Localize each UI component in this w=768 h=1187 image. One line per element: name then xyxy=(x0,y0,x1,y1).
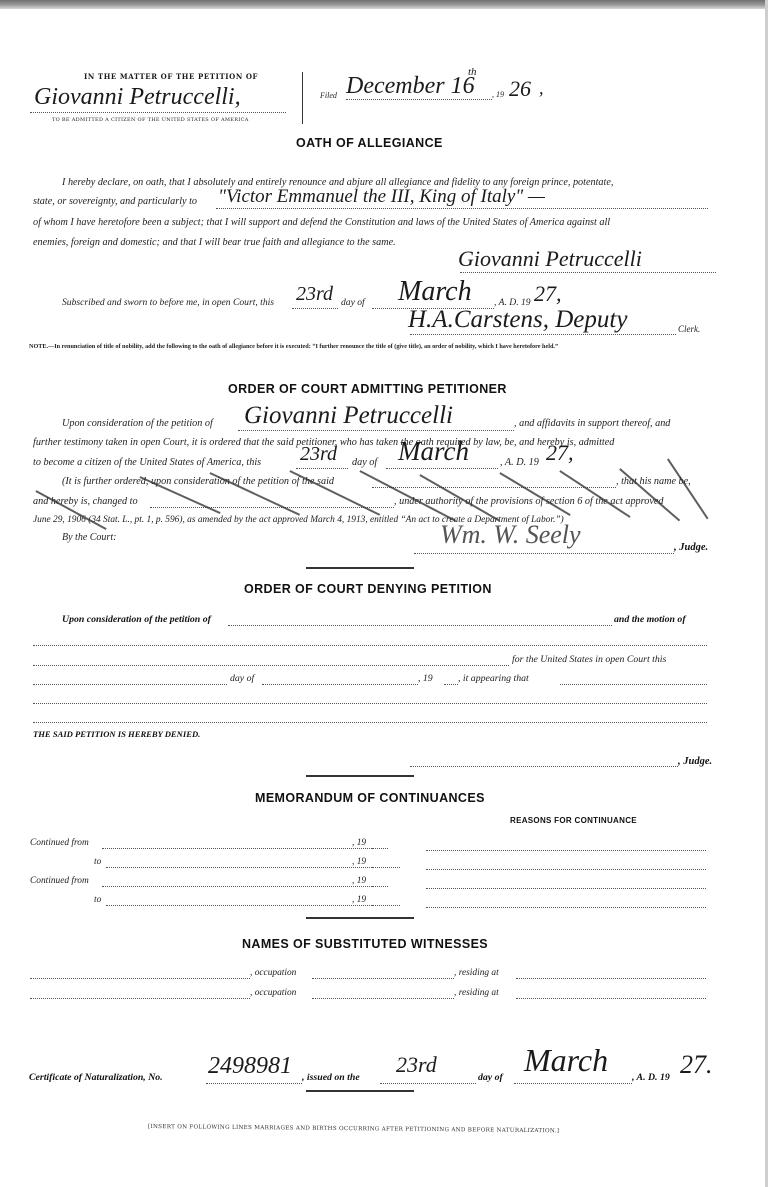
scan-edge-top xyxy=(0,0,768,9)
denying-l1-suffix: and the motion of xyxy=(614,614,686,625)
sworn-month: March xyxy=(398,276,472,308)
denying-l3-suffix: for the United States in open Court this xyxy=(512,654,666,665)
continuance-label: to xyxy=(94,895,101,905)
sworn-year: 27, xyxy=(534,281,562,307)
occupation-label: , occupation xyxy=(250,968,296,978)
certificate-prefix: Certificate of Naturalization, No. xyxy=(29,1072,163,1083)
cancellation-stroke xyxy=(290,470,381,515)
denying-year-prefix: , 19 xyxy=(418,673,433,684)
continuance-year: , 19 xyxy=(352,895,366,905)
certificate-ad: , A. D. 19 xyxy=(632,1072,670,1083)
continuance-date-line xyxy=(102,886,378,887)
nobility-note: NOTE.—In renunciation of title of nobili… xyxy=(29,343,558,350)
filed-year-prefix: , 19 xyxy=(492,90,504,99)
sovereign-line xyxy=(216,208,708,209)
denying-month-line xyxy=(262,684,418,685)
continuance-year-line xyxy=(372,905,388,906)
filed-date: December 16 xyxy=(346,73,475,100)
denying-dayof: day of xyxy=(230,673,254,684)
admitting-l4-prefix: (It is further ordered, upon considerati… xyxy=(62,476,334,487)
continuance-year: , 19 xyxy=(352,876,366,886)
filed-trail: , xyxy=(539,78,544,99)
sworn-dayof: day of xyxy=(341,297,365,308)
reason-line xyxy=(426,888,706,889)
denying-day-line xyxy=(33,684,227,685)
certificate-day-line xyxy=(380,1083,476,1084)
certificate-dayof: day of xyxy=(478,1072,503,1083)
certificate-day: 23rd xyxy=(396,1052,437,1078)
admitting-ad: , A. D. 19 xyxy=(500,457,539,468)
section-rule xyxy=(306,775,414,777)
header-divider xyxy=(302,72,303,124)
petitioner-name-line xyxy=(30,112,286,113)
by-the-court: By the Court: xyxy=(62,532,116,543)
occupation-line xyxy=(312,998,454,999)
matter-label: IN THE MATTER OF THE PETITION OF xyxy=(84,72,258,81)
continuance-label: Continued from xyxy=(30,838,89,848)
continuance-year: , 19 xyxy=(352,857,366,867)
admitting-l1-suffix: , and affidavits in support thereof, and xyxy=(514,418,670,429)
residence-line xyxy=(516,978,706,979)
denying-l1-prefix: Upon consideration of the petition of xyxy=(62,614,211,625)
admitting-petitioner-name: Giovanni Petruccelli xyxy=(244,402,453,430)
oath-line-4: enemies, foreign and domestic; and that … xyxy=(33,237,396,248)
petitioner-name: Giovanni Petruccelli, xyxy=(34,84,241,111)
denying-petitioner-line xyxy=(228,625,612,626)
denying-reason-line-2 xyxy=(33,703,707,704)
admitting-l5-suffix: , under authority of the provisions of s… xyxy=(394,496,663,507)
certificate-year: 27. xyxy=(680,1050,713,1080)
continuance-year-line xyxy=(372,886,388,887)
sworn-prefix: Subscribed and sworn to before me, in op… xyxy=(62,297,274,308)
continuance-date-line xyxy=(102,848,378,849)
admitting-judge-line xyxy=(414,553,674,554)
filed-date-line xyxy=(346,99,492,100)
certificate-month: March xyxy=(524,1042,608,1079)
continuance-year-line xyxy=(372,848,388,849)
denying-title: ORDER OF COURT DENYING PETITION xyxy=(244,582,492,596)
sworn-day: 23rd xyxy=(296,283,333,306)
changed-name-line xyxy=(150,507,394,508)
cancellation-stroke xyxy=(667,458,708,519)
denying-judge-line xyxy=(410,766,678,767)
continuances-title: MEMORANDUM OF CONTINUANCES xyxy=(255,791,485,805)
admitting-day: 23rd xyxy=(300,443,337,466)
insert-note: [INSERT ON FOLLOWING LINES MARRIAGES AND… xyxy=(148,1124,559,1134)
oath-line-3: of whom I have heretofore been a subject… xyxy=(33,217,610,228)
certificate-month-line xyxy=(514,1083,632,1084)
reason-line xyxy=(426,907,706,908)
admitting-title: ORDER OF COURT ADMITTING PETITIONER xyxy=(228,382,507,396)
witness-name-line xyxy=(30,998,250,999)
cancellation-stroke xyxy=(500,472,571,515)
sworn-day-line xyxy=(292,308,338,309)
admit-label: TO BE ADMITTED A CITIZEN OF THE UNITED S… xyxy=(52,117,249,123)
clerk-signature: H.A.Carstens, Deputy xyxy=(408,306,627,334)
signature-line xyxy=(460,272,716,273)
oath-title: OATH OF ALLEGIANCE xyxy=(296,136,443,150)
continuance-year-line xyxy=(372,867,388,868)
certificate-issued: , issued on the xyxy=(302,1072,360,1083)
section-rule xyxy=(306,917,414,919)
residing-label: , residing at xyxy=(454,988,499,998)
denying-reason-line-3 xyxy=(33,722,707,723)
occupation-label: , occupation xyxy=(250,988,296,998)
continuance-label: to xyxy=(94,857,101,867)
judge-signature: Wm. W. Seely xyxy=(440,520,581,550)
filed-date-suffix: th xyxy=(468,66,477,78)
continuance-label: Continued from xyxy=(30,876,89,886)
admitting-month: March xyxy=(398,436,469,467)
oath-line-2-prefix: state, or sovereignty, and particularly … xyxy=(33,196,197,207)
petition-denied-text: THE SAID PETITION IS HEREBY DENIED. xyxy=(33,729,200,739)
continuance-year: , 19 xyxy=(352,838,366,848)
denying-reason-line-1 xyxy=(560,684,707,685)
denying-judge-label: , Judge. xyxy=(678,756,712,767)
reason-line xyxy=(426,869,706,870)
continuance-date-line xyxy=(106,867,400,868)
admitting-year: 27, xyxy=(546,440,574,466)
residing-label: , residing at xyxy=(454,968,499,978)
filed-label: Filed xyxy=(320,91,337,100)
denying-appearing: , it appearing that xyxy=(458,673,529,684)
witnesses-title: NAMES OF SUBSTITUTED WITNESSES xyxy=(242,937,488,951)
section-rule xyxy=(306,1090,414,1092)
witness-name-line xyxy=(30,978,250,979)
continuance-date-line xyxy=(106,905,400,906)
clerk-label: Clerk. xyxy=(678,324,700,334)
residence-line xyxy=(516,998,706,999)
name-change-petition-line xyxy=(372,487,616,488)
denying-year-line xyxy=(444,684,458,685)
occupation-line xyxy=(312,978,454,979)
denying-motion-line xyxy=(33,645,707,646)
denying-attorney-line xyxy=(33,665,509,666)
petitioner-signature: Giovanni Petruccelli xyxy=(458,246,642,272)
admitting-dayof: day of xyxy=(352,457,377,468)
section-rule xyxy=(306,567,414,569)
clerk-line xyxy=(410,334,676,335)
admitting-name-line xyxy=(238,430,514,431)
admitting-l1-prefix: Upon consideration of the petition of xyxy=(62,418,213,429)
sovereign-name: "Victor Emmanuel the III, King of Italy"… xyxy=(218,186,545,208)
admitting-month-line xyxy=(386,468,498,469)
certificate-number-line xyxy=(206,1083,302,1084)
filed-year: 26 xyxy=(509,76,531,102)
admitting-l3-prefix: to become a citizen of the United States… xyxy=(33,457,261,468)
admitting-day-line xyxy=(296,468,348,469)
reason-line xyxy=(426,850,706,851)
admitting-judge-label: , Judge. xyxy=(674,542,708,553)
reasons-header: REASONS FOR CONTINUANCE xyxy=(510,816,637,825)
certificate-number: 2498981 xyxy=(208,1053,292,1080)
